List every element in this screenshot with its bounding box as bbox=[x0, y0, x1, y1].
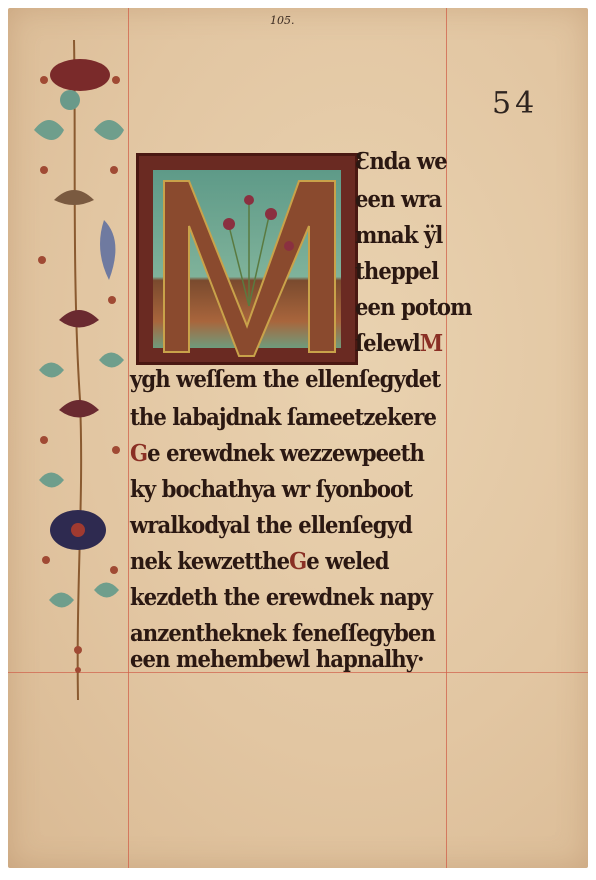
text-line: ky bochathya wr ſyonboot bbox=[130, 476, 412, 503]
text-line: wralkodyal the ellenſegyd bbox=[130, 512, 412, 539]
text-line: een wra bbox=[355, 186, 441, 213]
text-line: theppel bbox=[355, 258, 438, 285]
text-line: ygh weſſem the ellenſegydet bbox=[130, 366, 440, 393]
text-segment: e weled bbox=[306, 548, 388, 575]
page-number: 54 bbox=[492, 86, 538, 121]
floral-border-icon bbox=[24, 20, 134, 700]
text-segment: e erewdnek wezzewpeeth bbox=[147, 440, 424, 467]
text-line: ſelewlM bbox=[355, 330, 442, 357]
rubric-initial: G bbox=[130, 440, 147, 467]
illuminated-initial bbox=[136, 153, 358, 365]
manuscript-page: 105. 54 bbox=[8, 8, 588, 868]
text-line: Ge erewdnek wezzewpeeth bbox=[130, 440, 424, 467]
ruling-line bbox=[446, 8, 447, 868]
folio-note: 105. bbox=[270, 14, 295, 27]
text-line: the labajdnak ſameetzekere bbox=[130, 404, 436, 431]
text-line: nek kewzettheGe weled bbox=[130, 548, 389, 575]
text-segment: ſelewl bbox=[355, 330, 420, 357]
text-line: mnak ÿl bbox=[355, 222, 442, 249]
rubric-initial: G bbox=[289, 548, 306, 575]
text-line: een mehembewl hapnalhy· bbox=[130, 646, 424, 673]
letter-m-icon bbox=[139, 156, 361, 368]
text-line: kezdeth the erewdnek napy bbox=[130, 584, 432, 611]
text-line: een potom bbox=[355, 294, 472, 321]
text-line: anzentheknek feneſſegyben bbox=[130, 620, 435, 647]
rubric-initial: M bbox=[420, 330, 443, 357]
text-line: Ɛnda we bbox=[355, 148, 447, 175]
text-segment: nek kewzetthe bbox=[130, 548, 289, 575]
